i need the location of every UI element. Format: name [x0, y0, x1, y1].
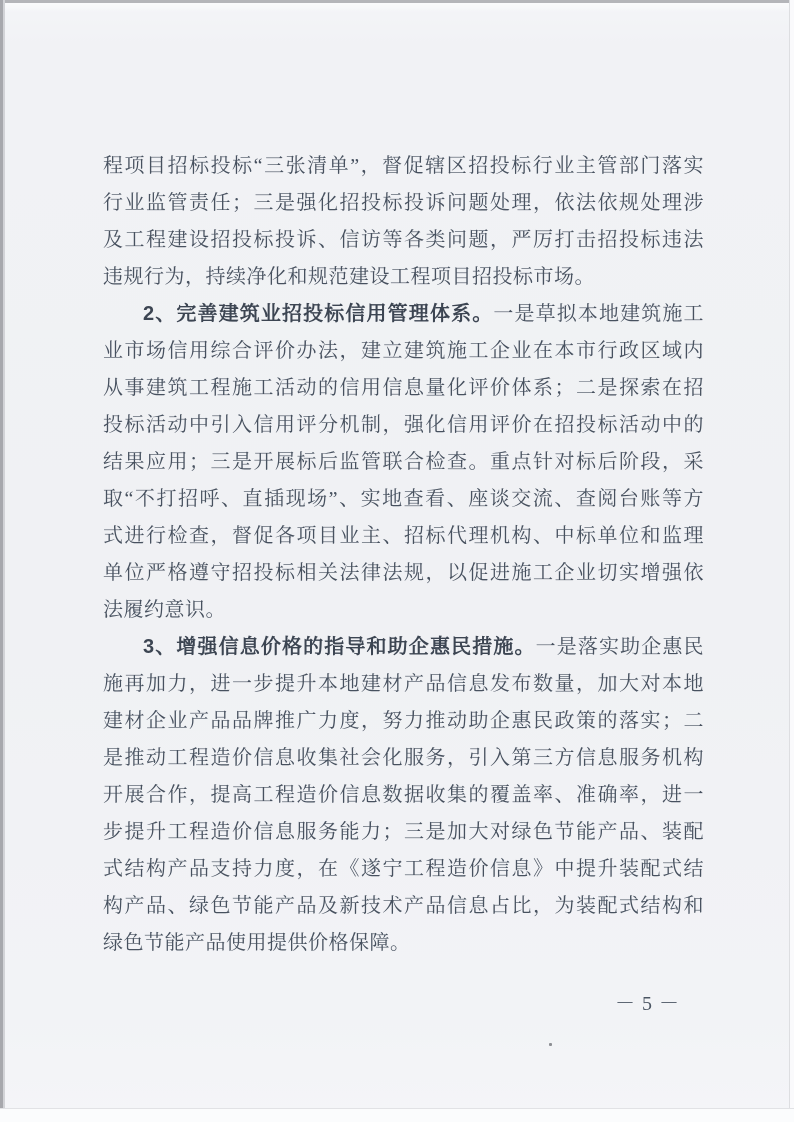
- text-line: 步提升工程造价信息服务能力；三是加大对绿色节能产品、装配: [103, 814, 704, 851]
- text-line: 构产品、绿色节能产品及新技术产品信息占比，为装配式结构和: [103, 888, 704, 925]
- text-line: 违规行为，持续净化和规范建设工程项目招投标市场。: [103, 259, 704, 296]
- scan-edge-top-fade: [0, 3, 794, 12]
- text-line: 取“不打招呼、直插现场”、实地查看、座谈交流、查阅台账等方: [103, 481, 704, 518]
- scan-edge-left-fade: [3, 0, 5, 1122]
- text-line: 法履约意识。: [103, 592, 704, 629]
- text-line: 建材企业产品品牌推广力度，努力推动助企惠民政策的落实；二: [103, 703, 704, 740]
- text-line: 2、完善建筑业招投标信用管理体系。一是草拟本地建筑施工企: [103, 296, 704, 333]
- paragraph: 程项目招标投标“三张清单”，督促辖区招投标行业主管部门落实行业监管责任；三是强化…: [103, 148, 704, 296]
- page-number: － 5 －: [103, 989, 704, 1019]
- document-body: 程项目招标投标“三张清单”，督促辖区招投标行业主管部门落实行业监管责任；三是强化…: [103, 148, 704, 962]
- text-line: 开展合作，提高工程造价信息数据收集的覆盖率、准确率，进一: [103, 777, 704, 814]
- text-line: 3、增强信息价格的指导和助企惠民措施。一是落实助企惠民措: [103, 629, 704, 666]
- paragraph-heading: 2、完善建筑业招投标信用管理体系。: [143, 303, 493, 325]
- text-line: 施再加力，进一步提升本地建材产品信息发布数量，加大对本地: [103, 666, 704, 703]
- text-line: 及工程建设招投标投诉、信访等各类问题，严厉打击招投标违法: [103, 222, 704, 259]
- scanned-page: 程项目招标投标“三张清单”，督促辖区招投标行业主管部门落实行业监管责任；三是强化…: [0, 0, 794, 1122]
- text-line: 行业监管责任；三是强化招投标投诉问题处理，依法依规处理涉: [103, 185, 704, 222]
- text-line: 式进行检查，督促各项目业主、招标代理机构、中标单位和监理: [103, 518, 704, 555]
- scan-edge-right: [789, 0, 794, 1122]
- text-line: 单位严格遵守招投标相关法律法规，以促进施工企业切实增强依: [103, 555, 704, 592]
- text-line: 式结构产品支持力度，在《遂宁工程造价信息》中提升装配式结: [103, 851, 704, 888]
- paragraph: 3、增强信息价格的指导和助企惠民措施。一是落实助企惠民措施再加力，进一步提升本地…: [103, 629, 704, 962]
- text-line: 绿色节能产品使用提供价格保障。: [103, 925, 704, 962]
- text-line: 结果应用；三是开展标后监管联合检查。重点针对标后阶段，采: [103, 444, 704, 481]
- paragraph: 2、完善建筑业招投标信用管理体系。一是草拟本地建筑施工企业市场信用综合评价办法，…: [103, 296, 704, 629]
- text-line: 从事建筑工程施工活动的信用信息量化评价体系；二是探索在招: [103, 370, 704, 407]
- text-line: 业市场信用综合评价办法，建立建筑施工企业在本市行政区域内: [103, 333, 704, 370]
- text-line: 投标活动中引入信用评分机制，强化信用评价在招投标活动中的: [103, 407, 704, 444]
- scan-edge-bottom: [0, 1108, 794, 1122]
- text-line: 是推动工程造价信息收集社会化服务，引入第三方信息服务机构: [103, 740, 704, 777]
- text-line: 程项目招标投标“三张清单”，督促辖区招投标行业主管部门落实: [103, 148, 704, 185]
- scan-speck: [549, 1043, 552, 1046]
- paragraph-heading: 3、增强信息价格的指导和助企惠民措施。: [143, 636, 536, 658]
